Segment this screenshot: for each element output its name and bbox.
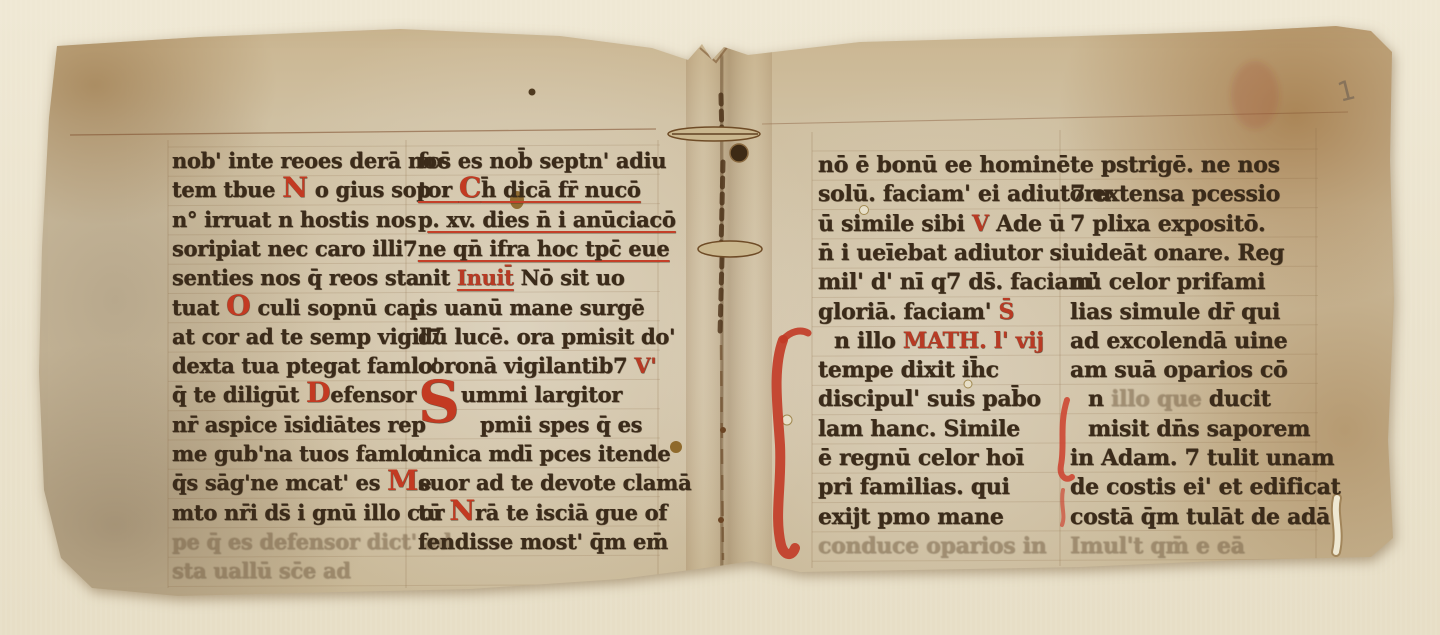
text-line: sta uallū sc̄e ad — [172, 558, 351, 587]
text-line: n illo que ducit — [1070, 386, 1271, 415]
text-line: uideāt onare. Reg — [1070, 240, 1284, 269]
text-line: senties nos q̄ reos sta — [172, 265, 419, 294]
rubric-text: M — [387, 463, 418, 497]
text-line: n̄ i ueīebat adiutor si — [818, 240, 1070, 269]
body-text: at cor ad te semp vigil7 — [172, 324, 441, 349]
text-line: tor Ch̄ dicā fr̄ nucō — [418, 177, 641, 206]
text-line: misit dn̄s saporem — [1070, 416, 1310, 445]
body-text: o gius sop — [308, 177, 431, 202]
text-line: nit Inuit̄ Nō sit uo — [418, 265, 625, 294]
rubric-text: N — [449, 493, 475, 527]
body-text: exijt pmo mane — [818, 504, 1004, 530]
text-line: ad excolendā uine — [1070, 328, 1287, 357]
body-text: 7 plixa expositō. — [1070, 211, 1265, 237]
body-text: q̄ te diligūt — [172, 382, 306, 407]
text-line: 7 plixa expositō. — [1070, 211, 1265, 240]
text-line: te pstrigē. ne nos — [1070, 152, 1280, 181]
body-text: tuat — [172, 295, 226, 320]
text-line: conduce oparios in — [818, 533, 1046, 562]
text-line: Summi largitor — [418, 382, 622, 411]
body-text: nit — [418, 265, 457, 290]
text-line: fcs̄ es nob̄ septn' adiu — [418, 148, 666, 177]
body-text: p. xv. dies n̄ i anūciacō — [418, 207, 676, 232]
body-text: uideāt onare. Reg — [1070, 240, 1284, 266]
body-text: nō ē bonū ee hominē — [818, 152, 1070, 178]
text-line: ne qn̄ ifra hoc tpc̄ eue — [418, 236, 669, 265]
body-text: costā q̄m tulāt de adā — [1070, 504, 1330, 530]
body-text: fcs̄ es nob̄ septn' adiu — [418, 148, 666, 173]
rubric-text: Inuit̄ — [457, 265, 514, 290]
rubric-text: V' — [634, 353, 656, 378]
text-line: at cor ad te semp vigil7 — [172, 324, 441, 353]
text-line: mto nr̄i ds̄ i gnū illo cor — [172, 500, 444, 529]
text-line: nob' inte reoes derā noc — [172, 148, 449, 177]
body-text: soripiat nec caro illi7 — [172, 236, 417, 261]
body-text: pe q̄ es defensor dict' ad — [172, 529, 451, 554]
text-line: ē regnū celor hoī — [818, 445, 1024, 474]
body-text: tor — [418, 177, 459, 202]
body-text: h̄ dicā fr̄ nucō — [481, 177, 640, 202]
body-text: tū — [418, 500, 449, 525]
text-line: nō ē bonū ee hominē — [818, 152, 1070, 181]
text-line: Imul't qm̄ e eā — [1070, 533, 1245, 562]
text-line: soripiat nec caro illi7 — [172, 236, 417, 265]
rubric-text: MATH. l' vij — [903, 328, 1044, 354]
text-line: q̄s sāg'ne mcat' es Me — [172, 470, 431, 499]
body-text: me gub'na tuos famlo' — [172, 441, 427, 466]
body-text: fendisse most' q̄m em̄ — [418, 529, 668, 554]
text-line: q̄ te diligūt Defensor — [172, 382, 416, 411]
body-text: culi sopnū cap — [250, 295, 424, 320]
body-text: rā te isciā gue of — [475, 500, 667, 525]
body-text: Ade ū — [989, 211, 1065, 237]
rubric-text: C — [459, 170, 481, 204]
text-line: pe q̄ es defensor dict' ad — [172, 529, 451, 558]
photo-mat: nob' inte reoes derā noctem tbue N o giu… — [0, 0, 1440, 635]
body-text: efensor — [330, 382, 416, 407]
text-line: n° irruat n hostis nos — [172, 207, 416, 236]
text-line: costā q̄m tulāt de adā — [1070, 504, 1330, 533]
text-line: dū lucē. ora pmisit do' — [418, 324, 675, 353]
text-line: is uanū mane surgē — [418, 295, 644, 324]
text-line: tempe dixit ih̄c — [818, 357, 999, 386]
text-line: unica mdī pces itende — [418, 441, 670, 470]
text-line: tū Nrā te isciā gue of — [418, 500, 667, 529]
body-text: ne qn̄ ifra hoc tpc̄ eue — [418, 236, 669, 261]
body-text: ū simile sibi — [818, 211, 972, 237]
parchment-shadow: nob' inte reoes derā noctem tbue N o giu… — [0, 0, 1440, 635]
text-line: solū. faciam' ei adiutoru — [818, 181, 1111, 210]
text-line: nr̄ aspice īsidiātes rep — [172, 412, 426, 441]
text-line: 7 extensa pcessio — [1070, 181, 1280, 210]
body-text: tem tbue — [172, 177, 282, 202]
rubric-text: O — [226, 288, 250, 322]
text-line: tuat O culi sopnū cap — [172, 295, 424, 324]
manuscript-fragment: nob' inte reoes derā noctem tbue N o giu… — [0, 0, 1440, 635]
body-text: n° irruat n hostis nos — [172, 207, 416, 232]
body-text: is uanū mane surgē — [418, 295, 644, 320]
body-text: conduce oparios in — [818, 533, 1046, 559]
rubric-text: S̄ — [999, 299, 1015, 325]
text-line: gloriā. faciam' S̄ — [818, 299, 1014, 328]
body-text: lias simule dr̄ qui — [1070, 299, 1280, 325]
body-text: nob' inte reoes derā noc — [172, 148, 449, 173]
body-text: ummi largitor — [461, 382, 622, 407]
body-text: n — [1088, 386, 1111, 412]
body-text: solū. faciam' ei adiutoru — [818, 181, 1111, 207]
body-text: dū lucē. ora pmisit do' — [418, 324, 675, 349]
rubric-text: D — [306, 375, 330, 409]
body-text: nū celor prifami — [1070, 269, 1265, 295]
body-text: 7 extensa pcessio — [1070, 181, 1280, 207]
body-text: n illo — [834, 328, 903, 354]
body-text: ducit — [1209, 386, 1271, 412]
text-line: am suā oparios cō — [1070, 357, 1287, 386]
body-text: dexta tua ptegat famlo' — [172, 353, 439, 378]
body-text: pri familias. qui — [818, 474, 1010, 500]
body-text: unica mdī pces itende — [418, 441, 670, 466]
body-text: Imul't qm̄ e eā — [1070, 533, 1245, 559]
rubric-text: V — [972, 211, 989, 237]
text-line: n illo MATH. l' vij — [818, 328, 1044, 357]
rubric-text: N — [282, 170, 308, 204]
body-text: illo que — [1111, 386, 1209, 412]
body-text: ē regnū celor hoī — [818, 445, 1024, 471]
body-text: sta uallū sc̄e ad — [172, 558, 351, 583]
body-text: misit dn̄s saporem — [1088, 416, 1310, 442]
body-text: pmii spes q̄ es — [480, 412, 642, 437]
body-text: mto nr̄i ds̄ i gnū illo cor — [172, 500, 444, 525]
text-line: ū simile sibi V Ade ū — [818, 211, 1065, 240]
text-line: de costis ei' et edificat — [1070, 474, 1341, 503]
body-text: tempe dixit ih̄c — [818, 357, 999, 383]
body-text: nr̄ aspice īsidiātes rep — [172, 412, 426, 437]
body-text: senties nos q̄ reos sta — [172, 265, 419, 290]
text-line: pri familias. qui — [818, 474, 1010, 503]
body-text: mil' d' nī q7 ds̄. faciam' — [818, 269, 1098, 295]
body-text: n̄ i ueīebat adiutor si — [818, 240, 1070, 266]
body-text: ad excolendā uine — [1070, 328, 1287, 354]
text-line: lam hanc. Simile — [818, 416, 1020, 445]
body-text: de costis ei' et edificat — [1070, 474, 1341, 500]
body-text: suor ad te devote clamā — [418, 470, 691, 495]
text-line: nū celor prifami — [1070, 269, 1265, 298]
text-line: discipul' suis pab̄o — [818, 386, 1041, 415]
body-text: lam hanc. Simile — [818, 416, 1020, 442]
text-line: pmii spes q̄ es — [418, 412, 642, 441]
text-line: p. xv. dies n̄ i anūciacō — [418, 207, 676, 236]
text-line: mil' d' nī q7 ds̄. faciam' — [818, 269, 1098, 298]
body-text: discipul' suis pab̄o — [818, 386, 1041, 412]
text-line: tem tbue N o gius sop — [172, 177, 431, 206]
body-text: gloriā. faciam' — [818, 299, 999, 325]
text-line: in Adam. 7 tulit unam — [1070, 445, 1334, 474]
body-text: Nō sit uo — [514, 265, 625, 290]
body-text: am suā oparios cō — [1070, 357, 1287, 383]
text-line: fendisse most' q̄m em̄ — [418, 529, 668, 558]
body-text: te pstrigē. ne nos — [1070, 152, 1280, 178]
body-text: q̄s sāg'ne mcat' es — [172, 470, 387, 495]
text-line: exijt pmo mane — [818, 504, 1004, 533]
text-line: lias simule dr̄ qui — [1070, 299, 1280, 328]
body-text: in Adam. 7 tulit unam — [1070, 445, 1334, 471]
